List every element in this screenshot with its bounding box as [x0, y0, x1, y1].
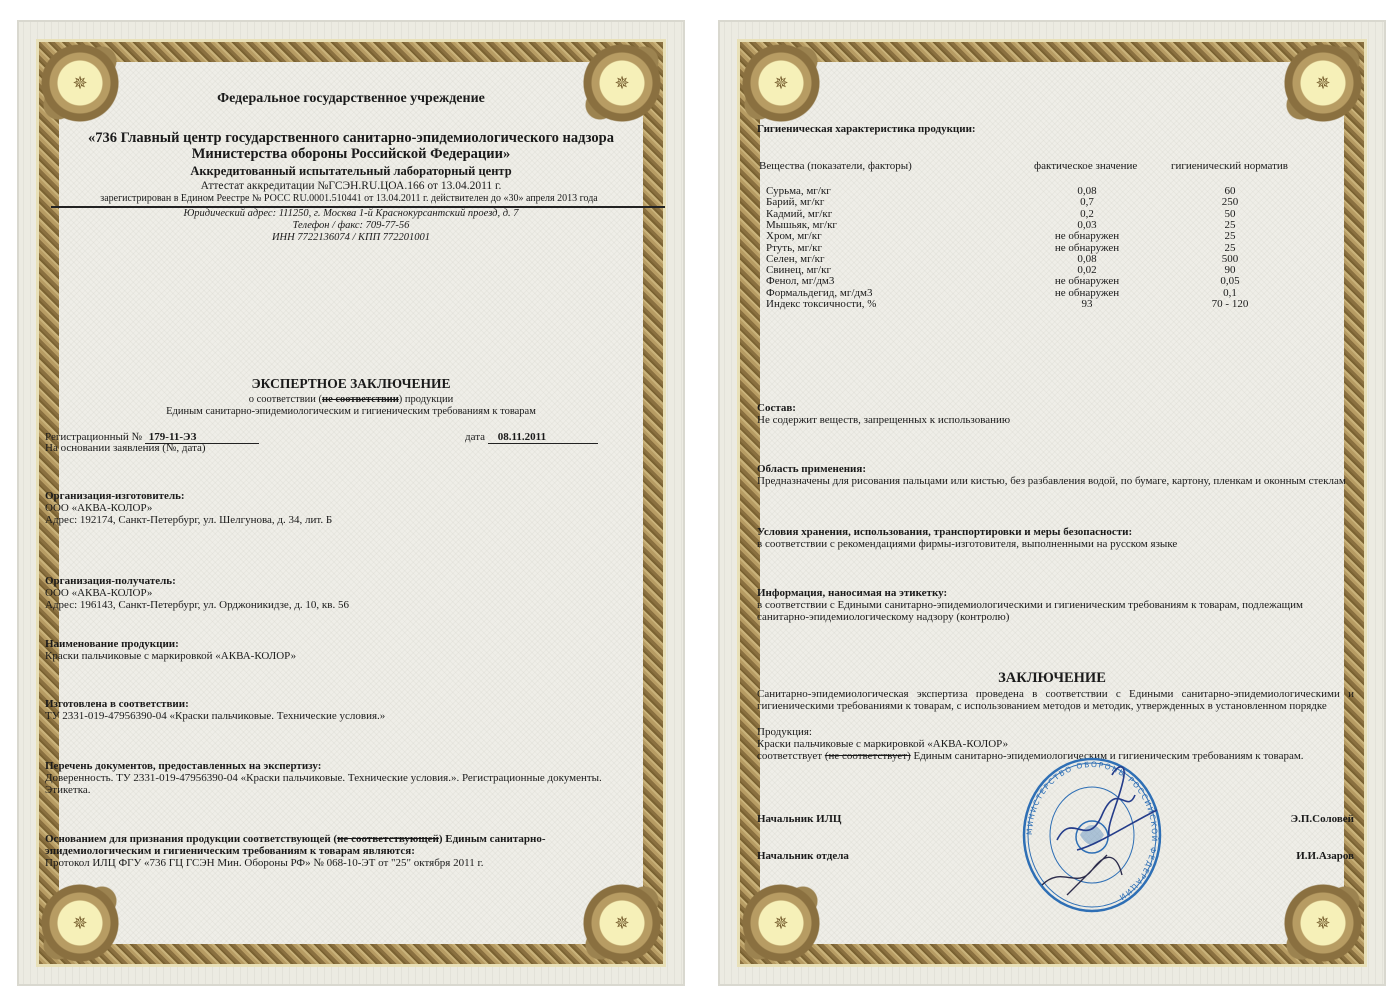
- manufacturer-heading: Организация-изготовитель:: [45, 490, 185, 502]
- inn-kpp: ИНН 7722136074 / КПП 772201001: [61, 232, 641, 244]
- substance-cell: Свинец, мг/кг: [766, 264, 831, 276]
- substance-cell: Фенол, мг/дм3: [766, 275, 834, 287]
- actual-value-cell: 0,02: [1012, 264, 1162, 276]
- application-basis: На основании заявления (№, дата): [45, 442, 206, 454]
- actual-value-cell: 0,08: [1012, 253, 1162, 265]
- official-stamp-icon: МИНИСТЕРСТВО ОБОРОНЫ РОССИЙСКОЙ ФЕДЕРАЦИ…: [1017, 755, 1167, 915]
- lab-name: Аккредитованный испытательный лабораторн…: [61, 165, 641, 177]
- norm-value-cell: 250: [1170, 196, 1290, 208]
- center-name-line1: «736 Главный центр государственного сани…: [61, 132, 641, 144]
- norm-value-cell: 70 - 120: [1170, 298, 1290, 310]
- registration-date: дата 08.11.2011: [465, 431, 598, 444]
- product-name-heading: Наименование продукции:: [45, 638, 179, 650]
- signature-name-1: Э.П.Соловей: [1291, 813, 1354, 825]
- substance-cell: Формальдегид, мг/дм3: [766, 287, 872, 299]
- recipient-name: ООО «АКВА-КОЛОР»: [45, 587, 152, 599]
- actual-value-cell: 0,08: [1012, 185, 1162, 197]
- certificate-page-2: ✵ ✵ ✵ ✵ Гигиеническая характеристика про…: [718, 20, 1386, 986]
- norm-value-cell: 500: [1170, 253, 1290, 265]
- documents-heading: Перечень документов, предоставленных на …: [45, 760, 321, 772]
- substance-cell: Хром, мг/кг: [766, 230, 822, 242]
- label-info-heading: Информация, наносимая на этикетку:: [757, 587, 947, 599]
- documents-list-2: Этикетка.: [45, 784, 91, 796]
- column-header-actual: фактическое значение: [1034, 160, 1137, 172]
- center-name-line2: Министерства обороны Российской Федераци…: [61, 148, 641, 160]
- legal-address: Юридический адрес: 111250, г. Москва 1-й…: [61, 208, 641, 220]
- standard-heading: Изготовлена в соответствии:: [45, 698, 189, 710]
- substance-cell: Барий, мг/кг: [766, 196, 824, 208]
- application-heading: Область применения:: [757, 463, 866, 475]
- composition-text: Не содержит веществ, запрещенных к испол…: [757, 414, 1010, 426]
- label-info-text: в соответствии с Едиными санитарно-эпиде…: [757, 599, 1303, 611]
- basis-heading: Основанием для признания продукции соотв…: [45, 833, 546, 845]
- registry-line: зарегистрирован в Едином Реестре № РОСС …: [49, 193, 649, 205]
- storage-heading: Условия хранения, использования, транспо…: [757, 526, 1132, 538]
- accreditation-certificate: Аттестат аккредитации №ГСЭН.RU.ЦОА.166 о…: [61, 180, 641, 192]
- manufacturer-name: ООО «АКВА-КОЛОР»: [45, 502, 152, 514]
- actual-value-cell: не обнаружен: [1012, 287, 1162, 299]
- column-header-substance: Вещества (показатели, факторы): [759, 160, 912, 172]
- product-name: Краски пальчиковые с маркировкой «АКВА-К…: [45, 650, 296, 662]
- norm-value-cell: 25: [1170, 242, 1290, 254]
- composition-heading: Состав:: [757, 402, 796, 414]
- basis-heading-2: эпидемиологическим и гигиеническим требо…: [45, 845, 415, 857]
- document-subtitle-2: Единым санитарно-эпидемиологическим и ги…: [61, 406, 641, 418]
- struck-text: не соответствующей: [337, 833, 439, 845]
- actual-value-cell: не обнаружен: [1012, 275, 1162, 287]
- product-label: Продукция:: [757, 726, 812, 738]
- documents-list: Доверенность. ТУ 2331-019-47956390-04 «К…: [45, 772, 602, 784]
- column-header-norm: гигиенический норматив: [1171, 160, 1288, 172]
- substance-cell: Индекс токсичности, %: [766, 298, 876, 310]
- storage-text: в соответствии с рекомендациями фирмы-из…: [757, 538, 1177, 550]
- norm-value-cell: 90: [1170, 264, 1290, 276]
- manufacturer-address: Адрес: 192174, Санкт-Петербург, ул. Шелг…: [45, 514, 332, 526]
- phone-fax: Телефон / факс: 709-77-56: [61, 220, 641, 232]
- substance-cell: Кадмий, мг/кг: [766, 208, 832, 220]
- recipient-address: Адрес: 196143, Санкт-Петербург, ул. Ордж…: [45, 599, 349, 611]
- norm-value-cell: 60: [1170, 185, 1290, 197]
- conclusion-text-2: гигиеническими требованиями к товарам, с…: [757, 700, 1327, 712]
- signature-role-1: Начальник ИЛЦ: [757, 813, 841, 825]
- norm-value-cell: 0,05: [1170, 275, 1290, 287]
- protocol-reference: Протокол ИЛЦ ФГУ «736 ГЦ ГСЭН Мин. Оборо…: [45, 857, 483, 869]
- norm-value-cell: 0,1: [1170, 287, 1290, 299]
- institution-type: Федеральное государственное учреждение: [61, 93, 641, 105]
- recipient-heading: Организация-получатель:: [45, 575, 176, 587]
- substance-cell: Мышьяк, мг/кг: [766, 219, 837, 231]
- actual-value-cell: не обнаружен: [1012, 230, 1162, 242]
- standard-value: ТУ 2331-019-47956390-04 «Краски пальчико…: [45, 710, 385, 722]
- struck-text: (не соответствует): [825, 750, 911, 762]
- norm-value-cell: 25: [1170, 230, 1290, 242]
- product-name: Краски пальчиковые с маркировкой «АКВА-К…: [757, 738, 1008, 750]
- application-text: Предназначены для рисования пальцами или…: [757, 475, 1346, 487]
- label-info-text-2: санитарно-эпидемиологическому надзору (к…: [757, 611, 1009, 623]
- actual-value-cell: 0,7: [1012, 196, 1162, 208]
- registration-date-value: 08.11.2011: [488, 431, 598, 444]
- actual-value-cell: 93: [1012, 298, 1162, 310]
- document-subtitle: о соответствии (не соответствии) продукц…: [61, 394, 641, 406]
- conclusion-title: ЗАКЛЮЧЕНИЕ: [762, 672, 1342, 684]
- certificate-page-1: ✵ ✵ ✵ ✵ Федеральное государственное учре…: [17, 20, 685, 986]
- substance-cell: Селен, мг/кг: [766, 253, 825, 265]
- conclusion-text: Санитарно-эпидемиологическая экспертиза …: [757, 688, 1354, 700]
- signature-name-2: И.И.Азаров: [1296, 850, 1354, 862]
- substance-cell: Ртуть, мг/кг: [766, 242, 822, 254]
- document-title: ЭКСПЕРТНОЕ ЗАКЛЮЧЕНИЕ: [61, 378, 641, 390]
- actual-value-cell: не обнаружен: [1012, 242, 1162, 254]
- substance-cell: Сурьма, мг/кг: [766, 185, 831, 197]
- struck-text: не соответствии: [322, 394, 399, 405]
- actual-value-cell: 0,03: [1012, 219, 1162, 231]
- actual-value-cell: 0,2: [1012, 208, 1162, 220]
- norm-value-cell: 25: [1170, 219, 1290, 231]
- hygiene-heading: Гигиеническая характеристика продукции:: [757, 123, 976, 135]
- signature-role-2: Начальник отдела: [757, 850, 849, 862]
- norm-value-cell: 50: [1170, 208, 1290, 220]
